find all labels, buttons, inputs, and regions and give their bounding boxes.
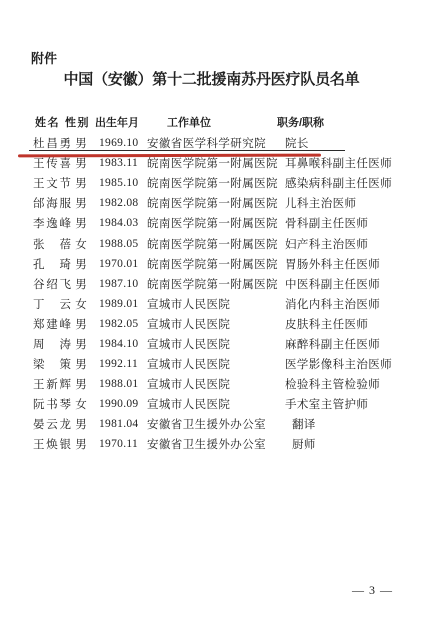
cell-position: 胃肠外科主任医师 [285,256,380,272]
cell-gender: 男 [73,155,89,171]
cell-birth: 1982.05 [99,318,138,330]
cell-unit: 安徽省医学科学研究院 [147,135,266,151]
cell-gender: 男 [73,336,89,352]
row-underline [29,150,345,151]
table-row: 王新辉男1988.01宣城市人民医院检验科主管检验师 [0,374,423,394]
cell-birth: 1987.10 [99,278,138,290]
table-row: 孔琦男1970.01皖南医学院第一附属医院胃肠外科主任医师 [0,254,423,274]
table-row: 晏云龙男1981.04安徽省卫生援外办公室翻译 [0,414,423,434]
table-body: 杜昌勇男1969.10安徽省医学科学研究院院长王传喜男1983.11皖南医学院第… [0,133,423,455]
cell-name: 晏云龙 [33,416,71,432]
document-page: 附件 中国（安徽）第十二批援南苏丹医疗队员名单 姓名 性别 出生年月 工作单位 … [0,0,423,623]
cell-name: 郑建峰 [33,316,71,332]
header-cell-birth: 出生年月 [95,114,139,130]
cell-gender: 男 [73,416,89,432]
cell-position: 耳鼻喉科副主任医师 [285,155,392,171]
cell-birth: 1969.10 [99,137,138,149]
cell-name: 丁云 [33,296,71,312]
table-row: 王文节男1985.10皖南医学院第一附属医院感染病科副主任医师 [0,173,423,193]
cell-name: 王传喜 [33,155,71,171]
table-row: 周涛男1984.10宣城市人民医院麻醉科副主任医师 [0,334,423,354]
cell-birth: 1989.01 [99,298,138,310]
cell-gender: 男 [73,276,89,292]
cell-gender: 男 [73,376,89,392]
table-row: 谷绍飞男1987.10皖南医学院第一附属医院中医科副主任医师 [0,274,423,294]
cell-unit: 皖南医学院第一附属医院 [147,256,278,272]
cell-unit: 皖南医学院第一附属医院 [147,236,278,252]
cell-position: 儿科主治医师 [285,195,356,211]
cell-unit: 皖南医学院第一附属医院 [147,276,278,292]
header-cell-position: 职务/职称 [277,114,324,130]
cell-unit: 皖南医学院第一附属医院 [147,215,278,231]
table-row: 郑建峰男1982.05宣城市人民医院皮肤科主任医师 [0,314,423,334]
cell-name: 邰海服 [33,195,71,211]
cell-birth: 1988.05 [99,238,138,250]
header-cell-unit: 工作单位 [167,114,211,130]
cell-birth: 1984.03 [99,217,138,229]
cell-name: 王焕银 [33,436,71,452]
cell-gender: 男 [73,256,89,272]
cell-birth: 1984.10 [99,338,138,350]
cell-name: 杜昌勇 [33,135,71,151]
cell-position: 消化内科主治医师 [285,296,380,312]
cell-gender: 男 [73,135,89,151]
cell-birth: 1988.01 [99,378,138,390]
header-cell-gender: 性别 [65,114,90,130]
cell-unit: 宣城市人民医院 [147,376,230,392]
doc-title: 中国（安徽）第十二批援南苏丹医疗队员名单 [0,68,423,89]
cell-birth: 1981.04 [99,418,138,430]
cell-unit: 宣城市人民医院 [147,296,230,312]
table-row: 杜昌勇男1969.10安徽省医学科学研究院院长 [0,133,423,153]
cell-name: 阮书琴 [33,396,71,412]
cell-unit: 安徽省卫生援外办公室 [147,416,266,432]
cell-position: 医学影像科主治医师 [285,356,392,372]
table-row: 张蓓女1988.05皖南医学院第一附属医院妇产科主治医师 [0,233,423,253]
table-row: 李逸峰男1984.03皖南医学院第一附属医院骨科副主任医师 [0,213,423,233]
cell-gender: 男 [73,215,89,231]
cell-birth: 1970.11 [99,438,138,450]
table-row: 梁策男1992.11宣城市人民医院医学影像科主治医师 [0,354,423,374]
cell-birth: 1990.09 [99,398,138,410]
cell-name: 梁策 [33,356,71,372]
attachment-label: 附件 [31,48,57,67]
cell-position: 院长 [285,135,309,151]
cell-birth: 1992.11 [99,358,138,370]
cell-birth: 1983.11 [99,157,138,169]
table-header: 姓名 性别 出生年月 工作单位 职务/职称 [0,114,423,128]
cell-position: 手术室主管护师 [285,396,368,412]
cell-name: 张蓓 [33,236,71,252]
page-number: — 3 — [352,583,393,598]
cell-unit: 皖南医学院第一附属医院 [147,175,278,191]
cell-gender: 男 [73,356,89,372]
table-row: 王焕银男1970.11安徽省卫生援外办公室厨师 [0,434,423,454]
cell-unit: 皖南医学院第一附属医院 [147,155,278,171]
cell-unit: 宣城市人民医院 [147,336,230,352]
header-cell-name: 姓名 [35,114,60,130]
table-row: 邰海服男1982.08皖南医学院第一附属医院儿科主治医师 [0,193,423,213]
cell-name: 李逸峰 [33,215,71,231]
cell-unit: 宣城市人民医院 [147,356,230,372]
cell-gender: 男 [73,436,89,452]
cell-position: 麻醉科副主任医师 [285,336,380,352]
cell-name: 孔琦 [33,256,71,272]
cell-position: 中医科副主任医师 [285,276,380,292]
table-row: 阮书琴女1990.09宣城市人民医院手术室主管护师 [0,394,423,414]
cell-birth: 1985.10 [99,177,138,189]
cell-position: 厨师 [292,436,316,452]
cell-unit: 皖南医学院第一附属医院 [147,195,278,211]
cell-position: 妇产科主治医师 [285,236,368,252]
cell-gender: 女 [73,396,89,412]
cell-unit: 安徽省卫生援外办公室 [147,436,266,452]
cell-name: 王新辉 [33,376,71,392]
cell-name: 周涛 [33,336,71,352]
cell-unit: 宣城市人民医院 [147,316,230,332]
cell-gender: 男 [73,195,89,211]
table-row: 丁云女1989.01宣城市人民医院消化内科主治医师 [0,294,423,314]
cell-gender: 女 [73,236,89,252]
cell-position: 感染病科副主任医师 [285,175,392,191]
cell-birth: 1982.08 [99,197,138,209]
cell-gender: 女 [73,296,89,312]
cell-position: 骨科副主任医师 [285,215,368,231]
cell-name: 谷绍飞 [33,276,71,292]
cell-gender: 男 [73,316,89,332]
cell-position: 翻译 [292,416,316,432]
cell-gender: 男 [73,175,89,191]
cell-unit: 宣城市人民医院 [147,396,230,412]
cell-name: 王文节 [33,175,71,191]
cell-position: 检验科主管检验师 [285,376,380,392]
cell-birth: 1970.01 [99,258,138,270]
cell-position: 皮肤科主任医师 [285,316,368,332]
